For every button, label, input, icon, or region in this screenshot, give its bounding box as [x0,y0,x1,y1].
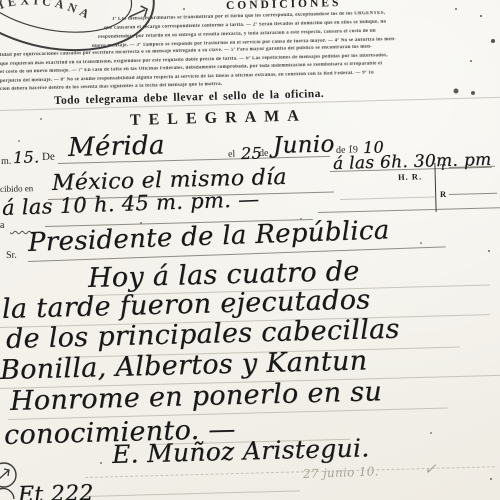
month-value: Junio [273,131,335,159]
de-label: De [42,151,55,163]
t-label: T [440,162,446,172]
r-label: R [440,189,446,199]
el-label: el [228,149,236,160]
svg-text:MEXICANA: MEXICANA [0,0,96,33]
num-label: m. [1,156,12,167]
sr-label: Sr. [6,250,17,261]
bottom-scribble: Et 222 [18,481,94,500]
stamp-text-mexicana: MEXICANA [0,0,96,33]
origin-city: Mérida [68,130,165,163]
scan-speckles [0,0,2,2]
a-label: a [0,220,4,231]
signature: E. Muñoz Aristegui. [112,433,370,469]
hr-label: H. R. [398,171,422,182]
conditions-title: CONDICIONES [226,0,342,12]
de2-label: de [259,148,269,159]
recibido-label: cibido en [0,183,33,194]
telegram-scan: DE LA REPÚBLICA MEXICANA CONDICIONES 1ª … [0,0,500,500]
pencil-check-mark: ✓ [424,460,437,478]
pencil-date-note: 27 junio 10. [303,464,379,481]
addressee: Presidente de la República [27,215,390,258]
telegram-number: 15. [13,147,40,167]
page-title: TELEGRAMA [130,107,307,130]
